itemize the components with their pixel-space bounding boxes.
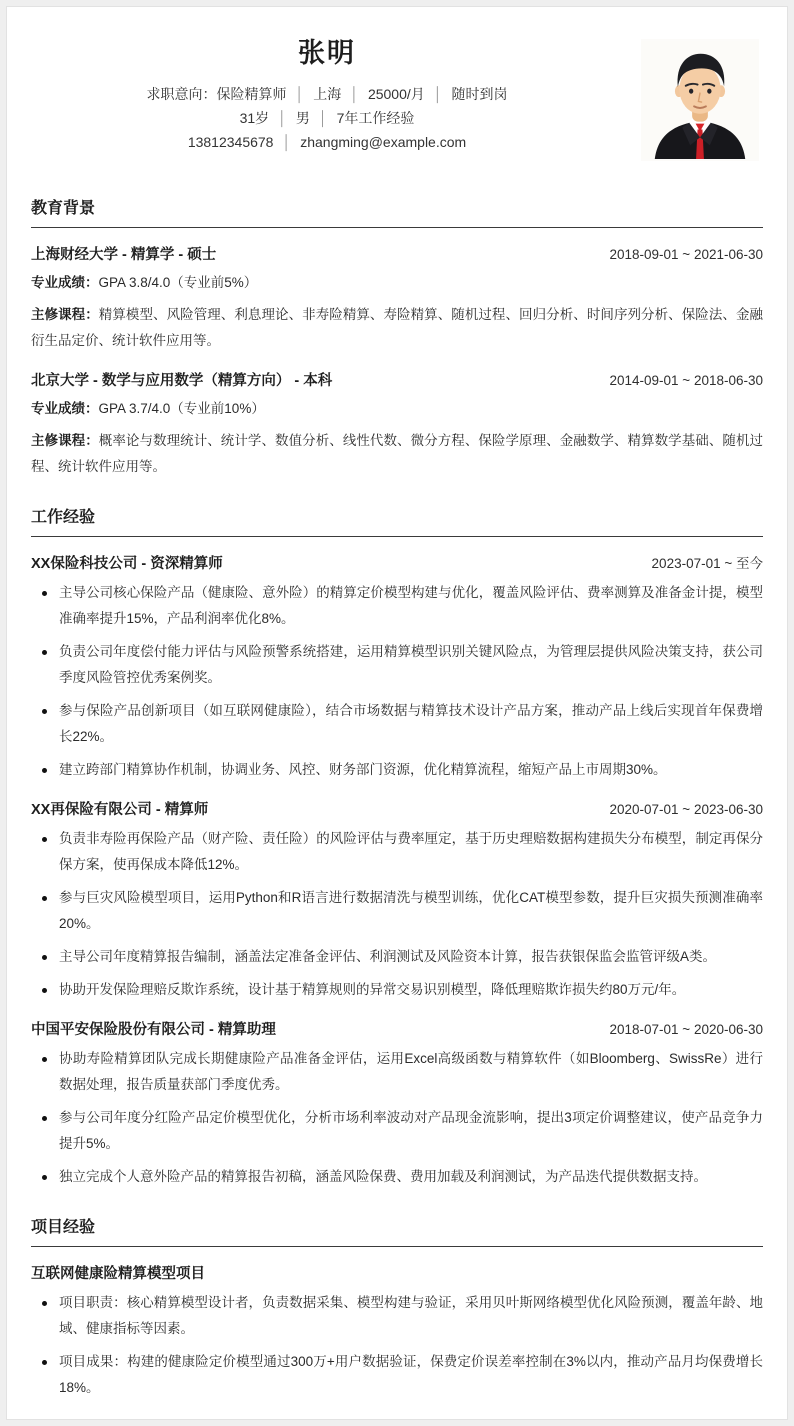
male-avatar-illustration bbox=[641, 39, 759, 161]
section-project-experience: 项目经验 互联网健康险精算模型项目 项目职责：核心精算模型设计者，负责数据采集、… bbox=[31, 1214, 763, 1401]
work-bullet-list: 主导公司核心保险产品（健康险、意外险）的精算定价模型构建与优化，覆盖风险评估、费… bbox=[31, 580, 763, 783]
education-item: 上海财经大学 - 精算学 - 硕士 2018-09-01 ~ 2021-06-3… bbox=[31, 243, 763, 354]
separator-bar: │ bbox=[278, 110, 287, 126]
work-bullet-list: 协助寿险精算团队完成长期健康险产品准备金评估，运用Excel高级函数与精算软件（… bbox=[31, 1046, 763, 1190]
gpa-value: GPA 3.8/4.0（专业前5%） bbox=[99, 275, 258, 290]
resume-page: 张明 求职意向：保险精算师│上海│25000/月│随时到岗 31岁│男│7年工作… bbox=[6, 6, 788, 1420]
school-degree: 上海财经大学 - 精算学 - 硕士 bbox=[31, 243, 216, 264]
project-bullet: 项目成果：构建的健康险定价模型通过300万+用户数据验证，保费定价误差率控制在3… bbox=[31, 1349, 763, 1401]
work-bullet: 参与巨灾风险模型项目，运用Python和R语言进行数据清洗与模型训练，优化CAT… bbox=[31, 885, 763, 937]
work-bullet: 协助寿险精算团队完成长期健康险产品准备金评估，运用Excel高级函数与精算软件（… bbox=[31, 1046, 763, 1098]
company-position: 中国平安保险股份有限公司 - 精算助理 bbox=[31, 1018, 276, 1039]
work-bullet: 参与公司年度分红险产品定价模型优化，分析市场利率波动对产品现金流影响，提出3项定… bbox=[31, 1105, 763, 1157]
separator-bar: │ bbox=[350, 86, 359, 102]
intent-city: 上海 bbox=[313, 86, 341, 102]
candidate-age: 31岁 bbox=[240, 110, 270, 126]
work-item: XX保险科技公司 - 资深精算师 2023-07-01 ~ 至今 主导公司核心保… bbox=[31, 552, 763, 783]
education-date-range: 2018-09-01 ~ 2021-06-30 bbox=[610, 247, 764, 262]
section-education: 教育背景 上海财经大学 - 精算学 - 硕士 2018-09-01 ~ 2021… bbox=[31, 195, 763, 480]
gpa-line: 专业成绩：GPA 3.8/4.0（专业前5%） bbox=[31, 270, 763, 296]
work-bullet: 主导公司年度精算报告编制，涵盖法定准备金评估、利润测试及风险资本计算，报告获银保… bbox=[31, 944, 763, 970]
profile-photo bbox=[641, 39, 759, 161]
work-bullet: 负责非寿险再保险产品（财产险、责任险）的风险评估与费率厘定，基于历史理赔数据构建… bbox=[31, 826, 763, 878]
work-item: XX再保险有限公司 - 精算师 2020-07-01 ~ 2023-06-30 … bbox=[31, 798, 763, 1003]
candidate-name: 张明 bbox=[31, 31, 623, 70]
separator-bar: │ bbox=[282, 134, 291, 150]
intent-salary: 25000/月 bbox=[368, 86, 425, 102]
gpa-label: 专业成绩： bbox=[31, 275, 99, 290]
work-item: 中国平安保险股份有限公司 - 精算助理 2018-07-01 ~ 2020-06… bbox=[31, 1018, 763, 1190]
intent-availability: 随时到岗 bbox=[452, 86, 508, 102]
courses-line: 主修课程：精算模型、风险管理、利息理论、非寿险精算、寿险精算、随机过程、回归分析… bbox=[31, 302, 763, 354]
courses-line: 主修课程：概率论与数理统计、统计学、数值分析、线性代数、微分方程、保险学原理、金… bbox=[31, 428, 763, 480]
resume-header: 张明 求职意向：保险精算师│上海│25000/月│随时到岗 31岁│男│7年工作… bbox=[31, 31, 763, 171]
work-bullet: 参与保险产品创新项目（如互联网健康险），结合市场数据与精算技术设计产品方案，推动… bbox=[31, 698, 763, 750]
work-date-range: 2023-07-01 ~ 至今 bbox=[652, 552, 763, 572]
courses-value: 精算模型、风险管理、利息理论、非寿险精算、寿险精算、随机过程、回归分析、时间序列… bbox=[31, 307, 763, 348]
separator-bar: │ bbox=[295, 86, 304, 102]
education-item: 北京大学 - 数学与应用数学（精算方向） - 本科 2014-09-01 ~ 2… bbox=[31, 369, 763, 480]
work-bullet: 独立完成个人意外险产品的精算报告初稿，涵盖风险保费、费用加载及利润测试，为产品迭… bbox=[31, 1164, 763, 1190]
school-degree: 北京大学 - 数学与应用数学（精算方向） - 本科 bbox=[31, 369, 332, 390]
basic-info-line: 31岁│男│7年工作经验 bbox=[31, 106, 623, 130]
job-intent-label: 求职意向： bbox=[146, 86, 216, 102]
candidate-email: zhangming@example.com bbox=[300, 134, 466, 150]
work-bullet: 建立跨部门精算协作机制，协调业务、风控、财务部门资源，优化精算流程，缩短产品上市… bbox=[31, 757, 763, 783]
gpa-label: 专业成绩： bbox=[31, 401, 99, 416]
project-bullet-list: 项目职责：核心精算模型设计者，负责数据采集、模型构建与验证，采用贝叶斯网络模型优… bbox=[31, 1290, 763, 1401]
courses-value: 概率论与数理统计、统计学、数值分析、线性代数、微分方程、保险学原理、金融数学、精… bbox=[31, 433, 763, 474]
candidate-experience: 7年工作经验 bbox=[337, 110, 415, 126]
work-bullet: 主导公司核心保险产品（健康险、意外险）的精算定价模型构建与优化，覆盖风险评估、费… bbox=[31, 580, 763, 632]
work-bullet: 负责公司年度偿付能力评估与风险预警系统搭建，运用精算模型识别关键风险点，为管理层… bbox=[31, 639, 763, 691]
section-title-education: 教育背景 bbox=[31, 195, 763, 228]
work-date-range: 2018-07-01 ~ 2020-06-30 bbox=[610, 1022, 764, 1037]
candidate-gender: 男 bbox=[296, 110, 310, 126]
courses-label: 主修课程： bbox=[31, 433, 99, 448]
separator-bar: │ bbox=[319, 110, 328, 126]
work-date-range: 2020-07-01 ~ 2023-06-30 bbox=[610, 802, 764, 817]
company-position: XX再保险有限公司 - 精算师 bbox=[31, 798, 208, 819]
gpa-value: GPA 3.7/4.0（专业前10%） bbox=[99, 401, 265, 416]
job-intent-line: 求职意向：保险精算师│上海│25000/月│随时到岗 bbox=[31, 82, 623, 106]
project-name: 互联网健康险精算模型项目 bbox=[31, 1262, 205, 1283]
work-bullet-list: 负责非寿险再保险产品（财产险、责任险）的风险评估与费率厘定，基于历史理赔数据构建… bbox=[31, 826, 763, 1003]
candidate-phone: 13812345678 bbox=[188, 134, 274, 150]
company-position: XX保险科技公司 - 资深精算师 bbox=[31, 552, 223, 573]
education-date-range: 2014-09-01 ~ 2018-06-30 bbox=[610, 373, 764, 388]
courses-label: 主修课程： bbox=[31, 307, 99, 322]
project-bullet: 项目职责：核心精算模型设计者，负责数据采集、模型构建与验证，采用贝叶斯网络模型优… bbox=[31, 1290, 763, 1342]
separator-bar: │ bbox=[434, 86, 443, 102]
gpa-line: 专业成绩：GPA 3.7/4.0（专业前10%） bbox=[31, 396, 763, 422]
section-title-project: 项目经验 bbox=[31, 1214, 763, 1247]
intent-position: 保险精算师 bbox=[216, 86, 286, 102]
section-title-work: 工作经验 bbox=[31, 504, 763, 537]
section-work-experience: 工作经验 XX保险科技公司 - 资深精算师 2023-07-01 ~ 至今 主导… bbox=[31, 504, 763, 1190]
work-bullet: 协助开发保险理赔反欺诈系统，设计基于精算规则的异常交易识别模型，降低理赔欺诈损失… bbox=[31, 977, 763, 1003]
contact-line: 13812345678│zhangming@example.com bbox=[31, 130, 623, 154]
project-item: 互联网健康险精算模型项目 项目职责：核心精算模型设计者，负责数据采集、模型构建与… bbox=[31, 1262, 763, 1401]
